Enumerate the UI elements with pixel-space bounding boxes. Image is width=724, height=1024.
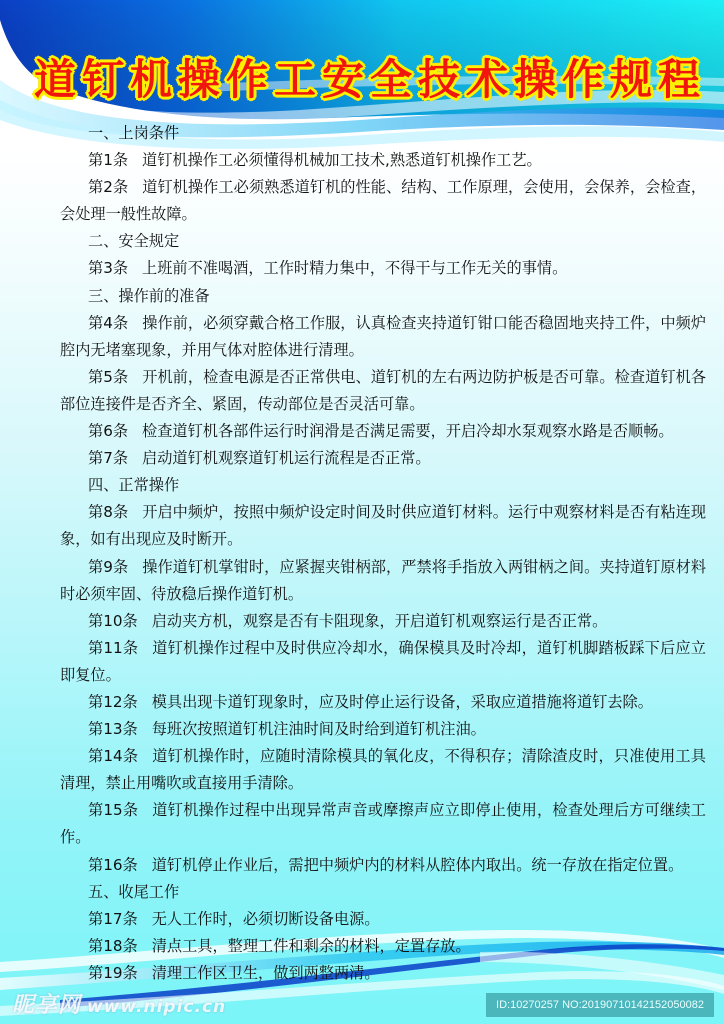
article-number: 第11条 xyxy=(88,639,138,657)
article-text: 启动道钉机观察道钉机运行流程是否正常。 xyxy=(142,449,431,467)
article: 第10条启动夹方机，观察是否有卡阻现象，开启道钉机观察运行是否正常。 xyxy=(60,608,706,635)
article-text: 道钉机操作过程中及时供应冷却水，确保模具及时冷却，道钉机脚踏板踩下后应立即复位。 xyxy=(60,639,706,684)
section-heading: 三、操作前的准备 xyxy=(60,283,706,310)
article-number: 第7条 xyxy=(88,449,128,467)
article-text: 检查道钉机各部件运行时润滑是否满足需要，开启冷却水泵观察水路是否顺畅。 xyxy=(142,422,674,440)
article: 第7条启动道钉机观察道钉机运行流程是否正常。 xyxy=(60,445,706,472)
article-text: 道钉机操作时，应随时清除模具的氧化皮，不得积存；清除渣皮时，只准使用工具清理，禁… xyxy=(60,747,706,792)
article: 第18条清点工具，整理工件和剩余的材料，定置存放。 xyxy=(60,933,706,960)
watermark-id-badge: ID:10270257 NO:20190710142152050082 xyxy=(486,993,714,1017)
article-text: 模具出现卡道钉现象时，应及时停止运行设备，采取应道措施将道钉去除。 xyxy=(152,693,653,711)
section-heading: 五、收尾工作 xyxy=(60,879,706,906)
article: 第8条开启中频炉，按照中频炉设定时间及时供应道钉材料。运行中观察材料是否有粘连现… xyxy=(60,499,706,553)
article-text: 无人工作时，必须切断设备电源。 xyxy=(152,910,380,928)
article-number: 第19条 xyxy=(88,964,138,982)
article-text: 道钉机操作过程中出现异常声音或摩擦声应立即停止使用，检查处理后方可继续工作。 xyxy=(60,801,706,846)
article-number: 第17条 xyxy=(88,910,138,928)
article: 第5条开机前，检查电源是否正常供电、道钉机的左右两边防护板是否可靠。检查道钉机各… xyxy=(60,364,706,418)
article-number: 第16条 xyxy=(88,856,138,874)
article: 第17条无人工作时，必须切断设备电源。 xyxy=(60,906,706,933)
article-number: 第6条 xyxy=(88,422,128,440)
article: 第19条清理工作区卫生，做到两整两清。 xyxy=(60,960,706,987)
article-text: 开机前，检查电源是否正常供电、道钉机的左右两边防护板是否可靠。检查道钉机各部位连… xyxy=(60,368,706,413)
article-number: 第14条 xyxy=(88,747,138,765)
article: 第1条道钉机操作工必须懂得机械加工技术,熟悉道钉机操作工艺。 xyxy=(60,147,706,174)
section-heading: 二、安全规定 xyxy=(60,228,706,255)
article-number: 第1条 xyxy=(88,151,128,169)
section-heading: 四、正常操作 xyxy=(60,472,706,499)
article-text: 每班次按照道钉机注油时间及时给到道钉机注油。 xyxy=(152,720,486,738)
article-number: 第5条 xyxy=(88,368,128,386)
watermark-logo-text: 昵享网 xyxy=(12,993,81,1018)
article-number: 第12条 xyxy=(88,693,138,711)
article: 第4条操作前，必须穿戴合格工作服，认真检查夹持道钉钳口能否稳固地夹持工件，中频炉… xyxy=(60,310,706,364)
article-text: 道钉机操作工必须熟悉道钉机的性能、结构、工作原理，会使用，会保养，会检查，会处理… xyxy=(60,178,706,223)
article-number: 第4条 xyxy=(88,314,128,332)
article: 第6条检查道钉机各部件运行时润滑是否满足需要，开启冷却水泵观察水路是否顺畅。 xyxy=(60,418,706,445)
article: 第9条操作道钉机掌钳时，应紧握夹钳柄部，严禁将手指放入两钳柄之间。夹持道钉原材料… xyxy=(60,554,706,608)
article-number: 第15条 xyxy=(88,801,138,819)
article: 第13条每班次按照道钉机注油时间及时给到道钉机注油。 xyxy=(60,716,706,743)
section-heading: 一、上岗条件 xyxy=(60,120,706,147)
article: 第16条道钉机停止作业后，需把中频炉内的材料从腔体内取出。统一存放在指定位置。 xyxy=(60,852,706,879)
article-number: 第8条 xyxy=(88,503,128,521)
article: 第12条模具出现卡道钉现象时，应及时停止运行设备，采取应道措施将道钉去除。 xyxy=(60,689,706,716)
article-text: 操作道钉机掌钳时，应紧握夹钳柄部，严禁将手指放入两钳柄之间。夹持道钉原材料时必须… xyxy=(60,558,706,603)
page-title: 道钉机操作工安全技术操作规程 xyxy=(0,52,724,108)
article: 第3条上班前不准喝酒，工作时精力集中，不得干与工作无关的事情。 xyxy=(60,255,706,282)
article-text: 上班前不准喝酒，工作时精力集中，不得干与工作无关的事情。 xyxy=(142,259,567,277)
article: 第11条道钉机操作过程中及时供应冷却水，确保模具及时冷却，道钉机脚踏板踩下后应立… xyxy=(60,635,706,689)
article-number: 第9条 xyxy=(88,558,128,576)
article-number: 第3条 xyxy=(88,259,128,277)
article-number: 第13条 xyxy=(88,720,138,738)
article: 第15条道钉机操作过程中出现异常声音或摩擦声应立即停止使用，检查处理后方可继续工… xyxy=(60,797,706,851)
article-number: 第18条 xyxy=(88,937,138,955)
article: 第14条道钉机操作时，应随时清除模具的氧化皮，不得积存；清除渣皮时，只准使用工具… xyxy=(60,743,706,797)
article-text: 开启中频炉，按照中频炉设定时间及时供应道钉材料。运行中观察材料是否有粘连现象，如… xyxy=(60,503,706,548)
article-number: 第10条 xyxy=(88,612,138,630)
article-text: 清理工作区卫生，做到两整两清。 xyxy=(152,964,380,982)
article-text: 操作前，必须穿戴合格工作服，认真检查夹持道钉钳口能否稳固地夹持工件，中频炉腔内无… xyxy=(60,314,706,359)
article-text: 启动夹方机，观察是否有卡阻现象，开启道钉机观察运行是否正常。 xyxy=(152,612,608,630)
article-text: 清点工具，整理工件和剩余的材料，定置存放。 xyxy=(152,937,471,955)
article-number: 第2条 xyxy=(88,178,128,196)
article-text: 道钉机停止作业后，需把中频炉内的材料从腔体内取出。统一存放在指定位置。 xyxy=(152,856,684,874)
watermark-url: www.nipic.cn xyxy=(87,997,226,1017)
document-body: 一、上岗条件 第1条道钉机操作工必须懂得机械加工技术,熟悉道钉机操作工艺。 第2… xyxy=(60,120,706,987)
article-text: 道钉机操作工必须懂得机械加工技术,熟悉道钉机操作工艺。 xyxy=(142,151,542,169)
article: 第2条道钉机操作工必须熟悉道钉机的性能、结构、工作原理，会使用，会保养，会检查，… xyxy=(60,174,706,228)
watermark-logo: 昵享网www.nipic.cn xyxy=(12,988,226,1019)
